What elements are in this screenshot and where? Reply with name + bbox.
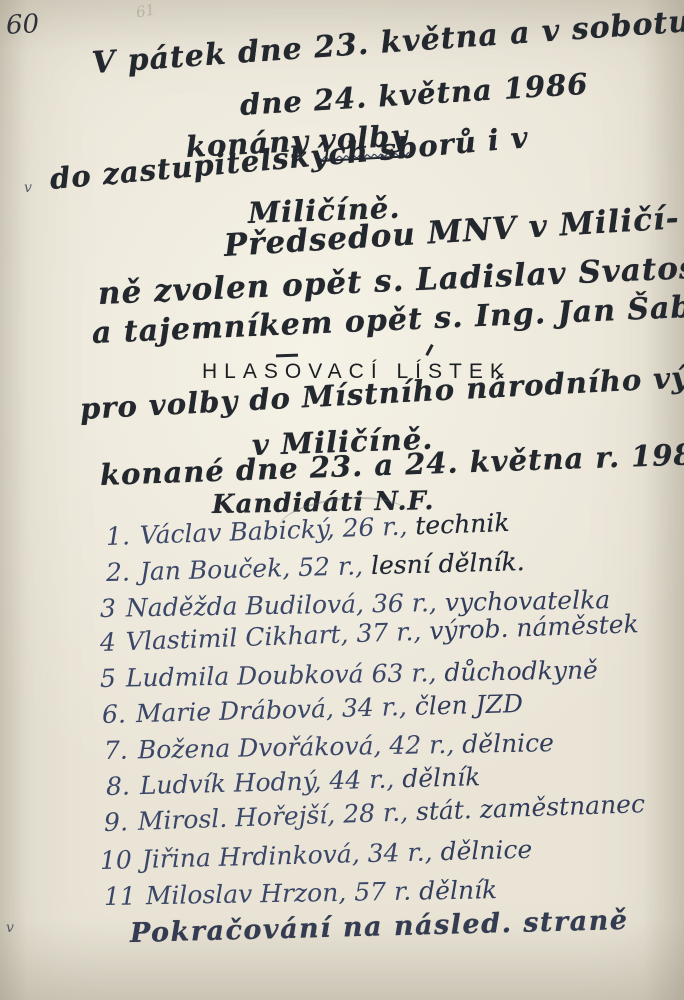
candidate-row-2: 2.Jan Bouček,52 r.,lesní dělník.: [106, 547, 525, 587]
candidate-number: 6.: [102, 699, 127, 729]
candidate-occupation: lesní dělník.: [371, 547, 525, 580]
margin-check-mark-top: v: [24, 180, 32, 196]
candidate-number: 10: [100, 845, 133, 875]
stray-accent-mark: [425, 344, 433, 356]
candidate-name: Mirosl. Hořejší,: [137, 800, 335, 836]
candidate-number: 8.: [106, 771, 131, 801]
candidate-age: 34 r.,: [342, 692, 408, 723]
candidate-name: Ludmila Doubková: [126, 659, 364, 692]
candidate-number: 11: [104, 881, 136, 911]
candidate-age: 36 r.,: [372, 588, 437, 618]
candidate-age: 34 r.,: [367, 837, 433, 868]
candidate-age: 28 r.,: [343, 797, 409, 828]
page-number: 60: [5, 9, 40, 41]
candidate-occupation: stát. zaměstnanec: [415, 789, 645, 826]
candidate-occupation: výrob. náměstek: [429, 609, 639, 645]
candidate-name: Vlastimil Cikhart,: [125, 619, 349, 656]
pencil-note: 61: [135, 0, 157, 21]
candidate-occupation: dělnice: [462, 728, 554, 759]
candidate-age: 37 r.,: [356, 617, 422, 648]
margin-check-mark-bottom: v: [6, 920, 14, 936]
candidate-age: 57 r.: [354, 877, 411, 907]
candidate-number: 3: [100, 594, 116, 623]
candidate-occupation: dělnice: [440, 835, 532, 866]
candidate-name: Václav Babický,: [139, 514, 335, 550]
candidate-occupation: dělník: [419, 875, 498, 905]
candidate-row-11: 11Miloslav Hrzon,57 r.dělník: [104, 875, 498, 911]
separator-dash-mark: [276, 354, 298, 358]
candidate-number: 9.: [103, 807, 128, 837]
candidate-age: 26 r.,: [342, 511, 408, 542]
candidate-number: 4: [99, 627, 116, 657]
candidate-age: 63 r.,: [371, 658, 436, 688]
intro-line-date1: V pátek dne 23. května a v sobotu: [91, 4, 684, 81]
candidate-age: 52 r.,: [298, 551, 364, 582]
candidate-name: Božena Dvořáková,: [138, 731, 382, 764]
candidate-name: Marie Drábová,: [135, 694, 334, 728]
candidate-number: 2.: [106, 557, 131, 587]
candidate-name: Jan Bouček,: [139, 553, 290, 586]
intro-line-date2: dne 24. května 1986: [239, 67, 589, 122]
candidate-age: 44 r.,: [329, 764, 395, 795]
candidate-occupation: technik: [415, 508, 510, 540]
candidate-name: Naděžda Budilová,: [126, 589, 365, 622]
candidate-row-7: 7.Božena Dvořáková,42 r.,dělnice: [104, 728, 554, 765]
candidate-occupation: člen JZD: [414, 689, 523, 721]
candidate-number: 1.: [105, 521, 130, 551]
candidate-row-1: 1.Václav Babický,26 r.,technik: [105, 508, 510, 551]
candidate-name: Miloslav Hrzon,: [146, 878, 347, 910]
candidate-name: Ludvík Hodný,: [139, 766, 321, 800]
candidate-name: Jiřina Hrdinková,: [141, 839, 360, 874]
candidate-row-5: 5Ludmila Doubková63 r.,důchodkyně: [100, 655, 598, 693]
candidate-occupation: dělník: [402, 762, 481, 793]
candidate-number: 5: [100, 664, 116, 693]
candidate-occupation: důchodkyně: [444, 655, 598, 687]
candidate-row-10: 10Jiřina Hrdinková,34 r.,dělnice: [100, 835, 533, 875]
candidate-row-6: 6.Marie Drábová,34 r.,člen JZD: [102, 689, 524, 729]
continuation-note: Pokračování na násled. straně: [130, 905, 629, 949]
candidate-number: 7.: [104, 736, 128, 765]
candidate-age: 42 r.,: [389, 730, 454, 760]
candidate-row-8: 8.Ludvík Hodný,44 r.,dělník: [106, 762, 481, 801]
handwritten-chronicle-page: 60 61 v v V pátek dne 23. května a v sob…: [0, 0, 684, 1000]
